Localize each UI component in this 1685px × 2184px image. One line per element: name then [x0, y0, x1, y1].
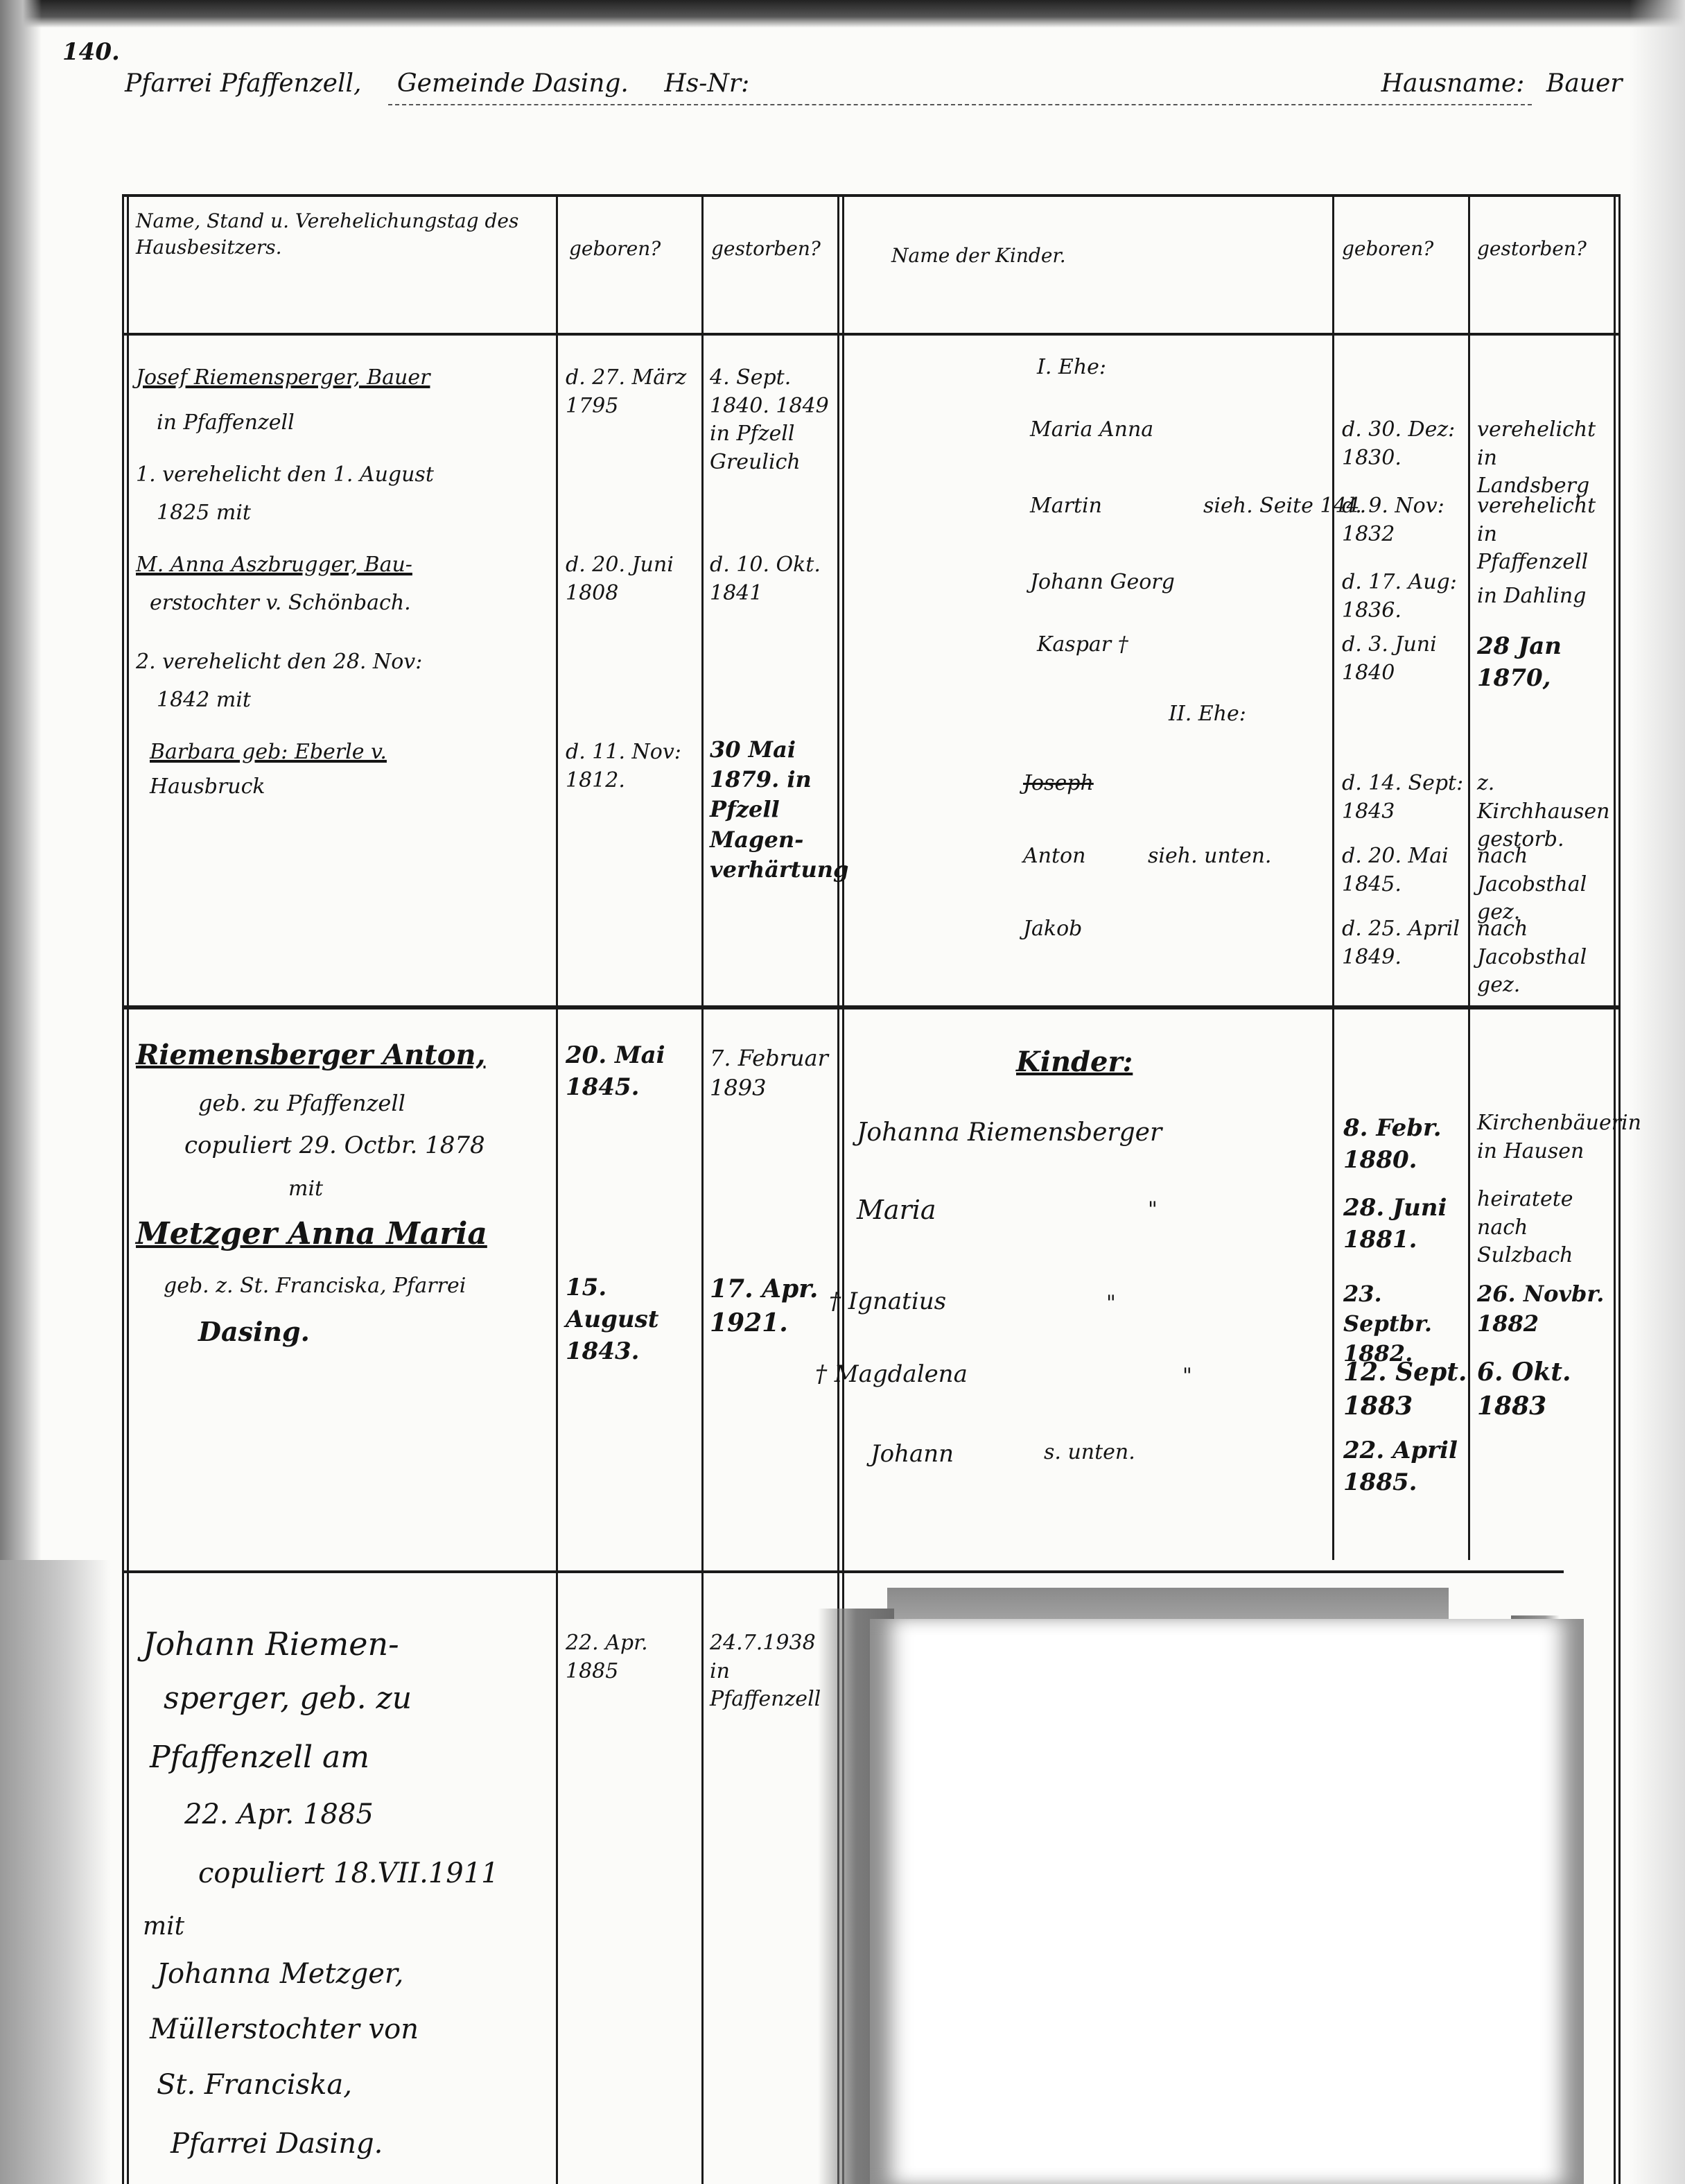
owner-born: d. 27. März 1795: [566, 364, 690, 420]
child-died: nach Jacobsthal gez.: [1477, 842, 1609, 927]
owner-line: Barbara geb: Eberle v.: [150, 738, 387, 767]
owner-died: 17. Apr. 1921.: [710, 1272, 835, 1340]
child-born: 8. Febr. 1880.: [1343, 1113, 1468, 1177]
child-died: 6. Okt. 1883: [1477, 1355, 1612, 1423]
owner-line: Johanna Metzger,: [157, 1955, 403, 1993]
owner-line: 2. verehelicht den 28. Nov:: [136, 648, 422, 677]
entry-2-bottom-rule: [122, 1570, 1564, 1573]
owner-line: Metzger Anna Maria: [136, 1213, 487, 1254]
child-born: d. 3. Juni 1840: [1342, 631, 1467, 687]
child-born: 22. April 1885.: [1343, 1435, 1468, 1499]
child-name: Anton: [1023, 842, 1085, 871]
house-name-label: Hausname:: [1381, 69, 1525, 98]
parish-label: Pfarrei Pfaffenzell,: [125, 69, 361, 98]
owner-line: sperger, geb. zu: [164, 1678, 412, 1719]
scan-shadow-top: [0, 0, 1685, 28]
owner-line: Müllerstochter von: [150, 2011, 419, 2048]
owner-line: Pfaffenzell am: [150, 1737, 369, 1778]
child-name: Johann: [871, 1439, 954, 1471]
child-born: d. 20. Mai 1845.: [1342, 842, 1467, 899]
redaction-patch: [870, 1619, 1584, 2184]
children-heading: I. Ehe:: [1037, 354, 1106, 382]
col-rule-5: [1468, 194, 1470, 1560]
child-born: d. 17. Aug: 1836.: [1342, 569, 1467, 625]
child-died: 28 Jan 1870,: [1477, 631, 1609, 695]
child-born: d. 30. Dez: 1830.: [1342, 416, 1467, 472]
owner-line: in Pfaffenzell: [157, 409, 295, 437]
house-number-label: Hs-Nr:: [664, 69, 749, 98]
child-born: d. 9. Nov: 1832: [1342, 492, 1467, 548]
owner-line: Dasing.: [198, 1314, 310, 1349]
owner-born: 22. Apr. 1885: [566, 1629, 697, 1685]
owner-line: geb. z. St. Franciska, Pfarrei: [164, 1272, 466, 1301]
child-born: 12. Sept. 1883: [1343, 1355, 1468, 1423]
col-header-child-died: gestorben?: [1477, 236, 1587, 262]
owner-line: copuliert 29. Octbr. 1878: [184, 1130, 485, 1162]
col-rule-left: [122, 194, 124, 2184]
child-name: † Magdalena: [815, 1359, 968, 1391]
owner-line: 1825 mit: [157, 499, 251, 528]
child-name: † Ignatius: [829, 1286, 946, 1318]
col-header-children: Name der Kinder.: [891, 243, 1066, 269]
child-born: d. 14. Sept: 1843: [1342, 770, 1467, 826]
col-header-child-born: geboren?: [1342, 236, 1433, 262]
child-name: Joseph: [1023, 770, 1094, 798]
owner-line: Hausbruck: [150, 773, 265, 801]
table-top-rule: [122, 194, 1619, 197]
child-note: ": [1148, 1196, 1158, 1224]
owner-line: 1. verehelicht den 1. August: [136, 461, 434, 489]
child-died: verehelicht in Landsberg: [1477, 416, 1609, 501]
header-rule: [388, 104, 1532, 105]
child-name: Johann Georg: [1030, 569, 1175, 597]
owner-died: 30 Mai 1879. in Pfzell Magen-verhärtung: [710, 735, 835, 885]
owner-line: mit: [143, 1910, 184, 1944]
owner-line: 22. Apr. 1885: [184, 1796, 374, 1833]
children-heading: II. Ehe:: [1169, 700, 1246, 729]
child-died: z. Kirchhausen gestorb.: [1477, 770, 1609, 854]
col-rule-2: [701, 194, 704, 2184]
house-name: Bauer: [1546, 69, 1623, 98]
owner-line: Riemensberger Anton,: [136, 1037, 485, 1074]
entry-1-bottom-rule: [122, 1005, 1619, 1009]
child-born: d. 25. April 1849.: [1342, 915, 1467, 971]
owner-line: St. Franciska,: [157, 2066, 352, 2104]
child-born: 28. Juni 1881.: [1343, 1193, 1468, 1256]
child-died: verehelicht in Pfaffenzell: [1477, 492, 1609, 577]
owner-line: geb. zu Pfaffenzell: [198, 1089, 405, 1118]
owner-line: M. Anna Aszbrugger, Bau-: [136, 551, 412, 580]
child-note: ": [1182, 1362, 1192, 1391]
child-name: Johanna Riemensberger: [857, 1116, 1162, 1150]
owner-born: d. 20. Juni 1808: [566, 551, 690, 607]
owner-died: 24.7.1938 in Pfaffenzell: [710, 1629, 835, 1714]
page-number: 140.: [62, 38, 120, 66]
child-note: ": [1106, 1290, 1116, 1318]
owner-line: copuliert 18.VII.1911: [198, 1855, 499, 1892]
owner-line: Johann Riemen-: [143, 1622, 399, 1665]
child-died: 26. Novbr. 1882: [1477, 1279, 1612, 1339]
header-bottom-rule: [122, 333, 1619, 336]
child-name: Kaspar †: [1037, 631, 1128, 659]
col-rule-1: [556, 194, 558, 2184]
owner-line: Josef Riemensperger, Bauer: [136, 364, 430, 392]
owner-line: mit: [288, 1175, 323, 1204]
child-note: sieh. unten.: [1148, 842, 1271, 871]
child-died: nach Jacobsthal gez.: [1477, 915, 1609, 1000]
col-rule-right: [1614, 194, 1616, 2184]
child-name: Maria: [857, 1193, 936, 1228]
col-header-owner-died: gestorben?: [711, 236, 821, 262]
child-name: Martin: [1030, 492, 1102, 521]
scan-shadow-left-bottom: [0, 1560, 111, 2184]
child-died: Kirchenbäuerin in Hausen: [1477, 1109, 1612, 1165]
child-note: s. unten.: [1044, 1439, 1135, 1467]
owner-line: Pfarrei Dasing.: [171, 2125, 383, 2163]
municipality-label: Gemeinde Dasing.: [397, 69, 629, 98]
child-name: Maria Anna: [1030, 416, 1153, 444]
owner-line: 1842 mit: [157, 686, 251, 715]
child-name: Jakob: [1023, 915, 1082, 944]
scan-shadow-right: [1630, 0, 1685, 2184]
children-heading: Kinder:: [1016, 1043, 1133, 1081]
owner-born: 20. Mai 1845.: [566, 1040, 690, 1104]
owner-died: 7. Februar 1893: [710, 1043, 835, 1103]
owner-died: 4. Sept. 1840. 1849 in Pfzell Greulich: [710, 364, 835, 476]
child-died: heiratete nach Sulzbach: [1477, 1186, 1612, 1270]
owner-line: erstochter v. Schönbach.: [150, 589, 411, 618]
col-rule-4: [1332, 194, 1334, 1560]
col-header-owner-born: geboren?: [569, 236, 661, 262]
owner-born: 15. August 1843.: [566, 1272, 690, 1368]
col-header-owner: Name, Stand u. Verehelichungstag des Hau…: [136, 208, 545, 261]
owner-born: d. 11. Nov: 1812.: [566, 738, 690, 795]
page-header: Pfarrei Pfaffenzell, Gemeinde Dasing. Hs…: [125, 69, 1650, 98]
owner-died: d. 10. Okt. 1841: [710, 551, 835, 607]
child-died: in Dahling: [1477, 582, 1609, 611]
